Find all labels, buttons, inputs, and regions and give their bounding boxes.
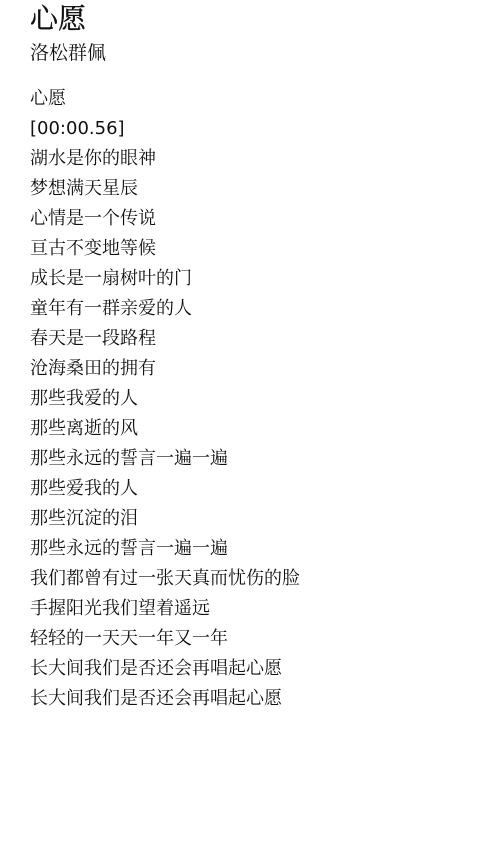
- lyric-line: 湖水是你的眼神: [30, 144, 490, 174]
- lyric-line: 那些永远的誓言一遍一遍: [30, 444, 490, 474]
- lyric-line: 沧海桑田的拥有: [30, 354, 490, 384]
- lyrics-page: 心愿 洛松群佩 心愿 [00:00.56] 湖水是你的眼神 梦想满天星辰 心情是…: [30, 0, 490, 714]
- lyric-line: 那些我爱的人: [30, 384, 490, 414]
- lyric-line: 手握阳光我们望着遥远: [30, 594, 490, 624]
- lyric-line: 那些离逝的风: [30, 414, 490, 444]
- lyric-line: 心情是一个传说: [30, 204, 490, 234]
- lyric-line: 我们都曾有过一张天真而忧伤的脸: [30, 564, 490, 594]
- lyric-line: 心愿: [30, 84, 490, 114]
- lyric-line: 成长是一扇树叶的门: [30, 264, 490, 294]
- song-artist: 洛松群佩: [30, 38, 490, 68]
- song-title: 心愿: [30, 0, 490, 37]
- lyric-line: 亘古不变地等候: [30, 234, 490, 264]
- lyric-line: 那些爱我的人: [30, 474, 490, 504]
- lyric-timestamp: [00:00.56]: [30, 114, 490, 144]
- lyric-line: 长大间我们是否还会再唱起心愿: [30, 684, 490, 714]
- lyric-line: 春天是一段路程: [30, 324, 490, 354]
- lyric-line: 梦想满天星辰: [30, 174, 490, 204]
- lyric-line: 那些永远的誓言一遍一遍: [30, 534, 490, 564]
- lyrics-body: 心愿 [00:00.56] 湖水是你的眼神 梦想满天星辰 心情是一个传说 亘古不…: [30, 84, 490, 714]
- lyric-line: 轻轻的一天天一年又一年: [30, 624, 490, 654]
- lyric-line: 童年有一群亲爱的人: [30, 294, 490, 324]
- lyric-line: 长大间我们是否还会再唱起心愿: [30, 654, 490, 684]
- lyric-line: 那些沉淀的泪: [30, 504, 490, 534]
